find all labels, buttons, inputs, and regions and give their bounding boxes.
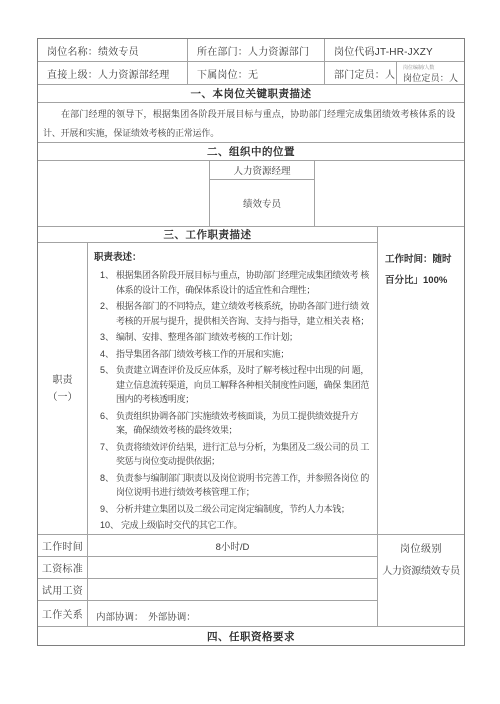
section1-title-row: 一、本岗位关键职责描述 xyxy=(38,85,464,103)
duty-item: 3、 编制、安排、整理各部门绩效考核的工作计划； xyxy=(92,330,375,345)
section3-left: 三、工作职责描述 职责 （一） 职责表述： 1、 根据集团各阶段开展目标与重点，… xyxy=(38,227,378,534)
duty-text: 指导集团各部门绩效考核工作的开展和实施； xyxy=(116,347,289,362)
duty-item: 9、 分析并建立集团以及二级公司定岗定编制度，节约人力本钱； xyxy=(92,502,375,517)
salary-label: 工资标准 xyxy=(38,557,88,578)
work-time-value: 8小时/D xyxy=(88,535,377,556)
duty-text: 编制、安排、整理各部门绩效考核的工作计划； xyxy=(116,330,298,345)
position-code-cell: 岗位代码JT-HR-JXZY xyxy=(325,39,464,61)
duty-item: 8、 负责参与编制部门职责以及岗位说明书完善工作，并参照各岗位 的 岗位说明书进… xyxy=(92,471,375,500)
duty-number: 10、 xyxy=(100,518,119,533)
probation-value xyxy=(88,579,377,600)
section3-title-row: 三、工作职责描述 xyxy=(38,227,377,243)
work-time-note-cell: 工作时间：随时 百分比」100% xyxy=(378,227,464,534)
duty-text: 根据各部门的不同特点，建立绩效考核系统，协助各部门进行绩 效 考核的开展与提升，… xyxy=(116,299,369,328)
work-time-note-line1: 工作时间：随时 xyxy=(385,254,460,266)
org-child-box: 绩效专员 xyxy=(210,180,314,226)
duty-number: 4、 xyxy=(100,347,114,362)
position-headcount-cell: 岗位编制/人数 岗位定员：人 xyxy=(397,62,464,84)
work-time-label: 工作时间 xyxy=(38,535,88,556)
duty-group-label-top: 职责 xyxy=(53,372,73,389)
duties-heading: 职责表述： xyxy=(94,249,375,263)
duty-text: 分析并建立集团以及二级公司定岗定编制度，节约人力本钱； xyxy=(116,502,350,517)
section4-title-row: 四、任职资格要求 xyxy=(38,627,464,645)
duty-group-label-cell: 职责 （一） xyxy=(38,243,88,535)
duty-text: 负责参与编制部门职责以及岗位说明书完善工作，并参照各岗位 的 岗位说明书进行绩效… xyxy=(116,471,369,500)
section1-body-row: 在部门经理的领导下，根据集团各阶段开展目标与重点，协助部门经理完成集团绩效考核体… xyxy=(38,103,464,143)
direct-superior-cell: 直接上级：人力资源部经理 xyxy=(38,62,188,84)
duty-text: 负责组织协调各部门实施绩效考核面谈，为员工提供绩效提升方 案，确保绩效考核的最终… xyxy=(116,409,358,438)
section3-body: 职责 （一） 职责表述： 1、 根据集团各阶段开展目标与重点，协助部门经理完成集… xyxy=(38,243,377,535)
org-chart-row: 人力资源经理 绩效专员 xyxy=(38,161,464,227)
duty-number: 3、 xyxy=(100,330,114,345)
duty-number: 7、 xyxy=(100,440,114,469)
bottom-left-rows: 工作时间 8小时/D 工资标准 试用工资 工作关系 内部协调： 外部协调： xyxy=(38,535,378,626)
duty-text: 负责建立调查评价及反应体系，及时了解考核过程中出现的问 题， 建立信息流转渠道，… xyxy=(116,363,369,407)
org-chart-column: 人力资源经理 绩效专员 xyxy=(209,161,315,226)
section2-title: 二、组织中的位置 xyxy=(38,144,464,159)
duty-item: 10、 完成上级临时交代的其它工作。 xyxy=(92,518,375,533)
section3-block: 三、工作职责描述 职责 （一） 职责表述： 1、 根据集团各阶段开展目标与重点，… xyxy=(38,227,464,535)
duty-item: 6、 负责组织协调各部门实施绩效考核面谈，为员工提供绩效提升方 案，确保绩效考核… xyxy=(92,409,375,438)
subordinate-cell: 下属岗位：无 xyxy=(188,62,325,84)
position-headcount-text: 岗位定员：人 xyxy=(403,74,458,83)
duty-item: 2、 根据各部门的不同特点，建立绩效考核系统，协助各部门进行绩 效 考核的开展与… xyxy=(92,299,375,328)
duties-cell: 职责表述： 1、 根据集团各阶段开展目标与重点，协助部门经理完成集团绩效考 核 … xyxy=(88,243,377,535)
section1-title: 一、本岗位关键职责描述 xyxy=(38,86,464,101)
department-cell: 所在部门：人力资源部门 xyxy=(188,39,325,61)
section4-title: 四、任职资格要求 xyxy=(38,629,464,644)
relation-row: 工作关系 内部协调： 外部协调： xyxy=(38,601,377,626)
duty-number: 6、 xyxy=(100,409,114,438)
duty-group-label-bottom: （一） xyxy=(48,389,78,406)
position-level-label: 岗位级别 xyxy=(400,540,442,555)
salary-value xyxy=(88,557,377,578)
duty-item: 4、 指导集团各部门绩效考核工作的开展和实施； xyxy=(92,347,375,362)
duty-item: 1、 根据集团各阶段开展目标与重点，协助部门经理完成集团绩效考 核 体系的设计工… xyxy=(92,268,375,297)
fine-print-note: 岗位编制/人数 xyxy=(403,64,434,73)
duty-item: 7、 负责将绩效评价结果，进行汇总与分析，为集团及二级公司的员 工 奖惩与岗位变… xyxy=(92,440,375,469)
section2-title-row: 二、组织中的位置 xyxy=(38,143,464,161)
org-parent-box: 人力资源经理 xyxy=(210,161,314,180)
section3-title: 三、工作职责描述 xyxy=(38,227,377,242)
salary-row: 工资标准 xyxy=(38,557,377,579)
relation-value: 内部协调： 外部协调： xyxy=(88,601,377,626)
probation-label: 试用工资 xyxy=(38,579,88,600)
duty-text: 负责将绩效评价结果，进行汇总与分析，为集团及二级公司的员 工 奖惩与岗位变动提供… xyxy=(116,440,369,469)
header-row-1: 岗位名称：绩效专员 所在部门：人力资源部门 岗位代码JT-HR-JXZY xyxy=(38,39,464,62)
relation-label: 工作关系 xyxy=(38,601,88,626)
duty-item: 5、 负责建立调查评价及反应体系，及时了解考核过程中出现的问 题， 建立信息流转… xyxy=(92,363,375,407)
bottom-block: 工作时间 8小时/D 工资标准 试用工资 工作关系 内部协调： 外部协调： 岗位… xyxy=(38,535,464,627)
department-headcount-cell: 部门定员：人 xyxy=(325,62,397,84)
duty-number: 1、 xyxy=(100,268,114,297)
position-level-value: 人力资源绩效专员 xyxy=(382,562,460,577)
job-description-table: 岗位名称：绩效专员 所在部门：人力资源部门 岗位代码JT-HR-JXZY 直接上… xyxy=(37,38,465,646)
position-name-cell: 岗位名称：绩效专员 xyxy=(38,39,188,61)
position-level-cell: 岗位级别 人力资源绩效专员 xyxy=(378,535,464,626)
duty-number: 5、 xyxy=(100,363,114,407)
section1-body-text: 在部门经理的领导下，根据集团各阶段开展目标与重点，协助部门经理完成集团绩效考核体… xyxy=(38,103,464,142)
probation-row: 试用工资 xyxy=(38,579,377,601)
work-time-row: 工作时间 8小时/D xyxy=(38,535,377,557)
work-time-note-line2: 百分比」100% xyxy=(385,275,460,287)
duty-text: 完成上级临时交代的其它工作。 xyxy=(121,518,242,533)
header-row-2: 直接上级：人力资源部经理 下属岗位：无 部门定员：人 岗位编制/人数 岗位定员：… xyxy=(38,62,464,85)
job-description-document: 岗位名称：绩效专员 所在部门：人力资源部门 岗位代码JT-HR-JXZY 直接上… xyxy=(0,0,500,704)
duty-number: 8、 xyxy=(100,471,114,500)
duty-number: 9、 xyxy=(100,502,114,517)
duty-text: 根据集团各阶段开展目标与重点，协助部门经理完成集团绩效考 核 体系的设计工作，确… xyxy=(116,268,369,297)
duty-number: 2、 xyxy=(100,299,114,328)
